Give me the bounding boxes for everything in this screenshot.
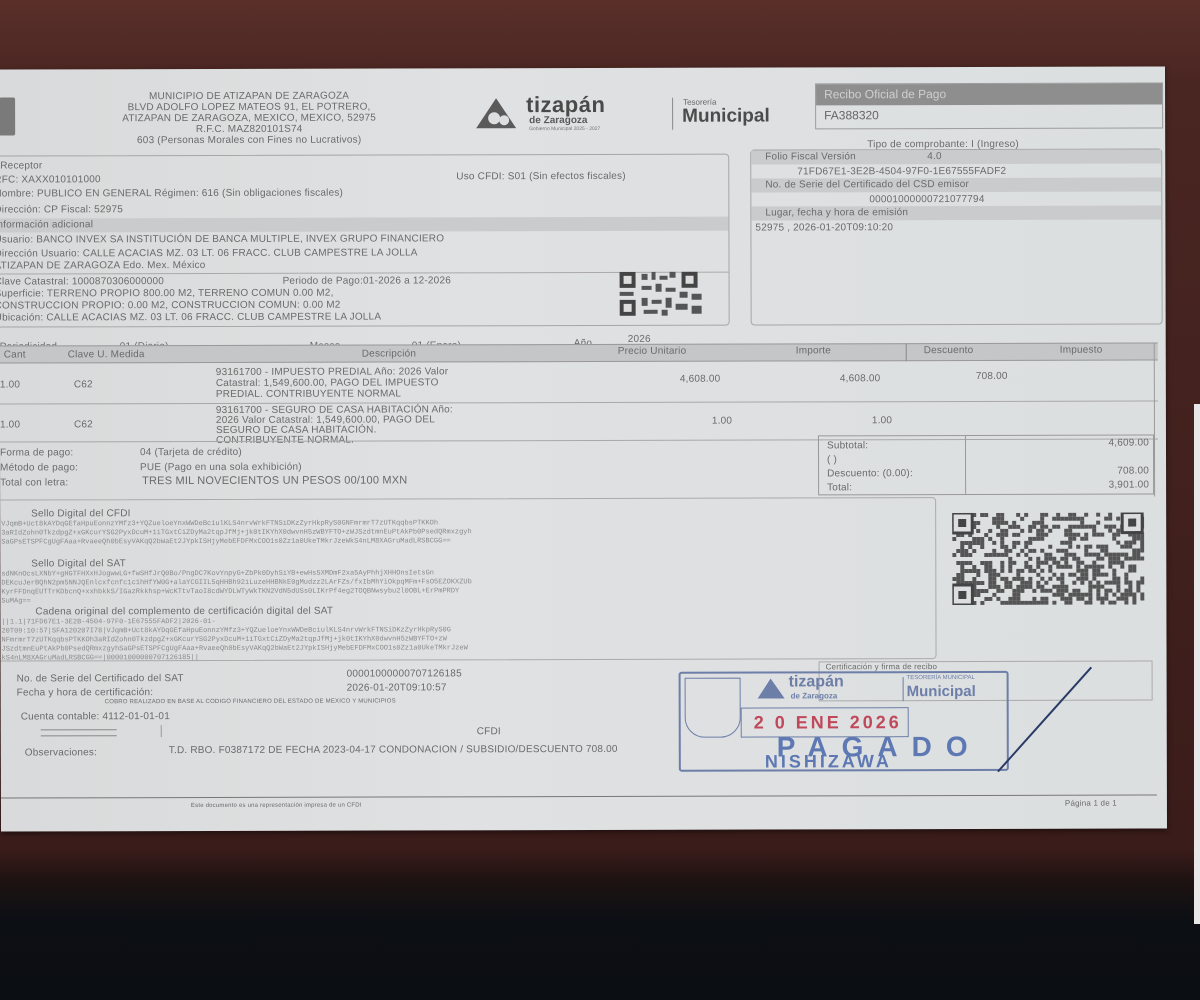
clave-catastral: Clave Catastral: 1000870306000000 xyxy=(0,276,164,287)
observaciones-label: Observaciones: xyxy=(25,747,97,758)
subtotal-value: 4,609.00 xyxy=(1108,438,1149,449)
totals-divider xyxy=(965,436,966,494)
fecha-cert-label: Fecha y hora de certificación: xyxy=(17,687,154,698)
col-clave: Clave U. Medida xyxy=(68,349,145,360)
seal-line: kS4nLM8XAGruMadLRSBCGG==|000010000007071… xyxy=(2,652,932,663)
info-adicional-label: Información adicional xyxy=(0,219,93,230)
col-cant: Cant xyxy=(4,349,26,360)
row-cant: 1.00 xyxy=(0,379,20,390)
cadena-label: Cadena original del complemento de certi… xyxy=(35,606,333,618)
digital-seals-section: Sello Digital del CFDI VJqmB+Uct8kAYDqGE… xyxy=(0,497,937,661)
receptor-label: Receptor xyxy=(0,160,42,171)
lugar-label: Lugar, fecha y hora de emisión xyxy=(765,207,908,218)
brand-sub: de Zaragoza xyxy=(529,115,587,126)
version: 4.0 xyxy=(927,151,942,162)
info-adicional-bar: Información adicional xyxy=(0,217,728,233)
subtotal-label: Subtotal: xyxy=(827,440,868,451)
stamp-brand: tizapán xyxy=(789,673,844,691)
csd-serial: 00001000000721077794 xyxy=(869,194,984,205)
adjacent-paper-edge xyxy=(1194,404,1200,924)
paid-stamp: tizapán de Zaragoza TESORERÍA MUNICIPAL … xyxy=(679,671,1009,772)
footer-divider xyxy=(1,794,1157,798)
footer-page: Página 1 de 1 xyxy=(1065,799,1117,808)
folio-fiscal-bar: Folio Fiscal Versión 4.0 xyxy=(751,149,1161,164)
receipt-folio: FA388320 xyxy=(816,104,1162,125)
construccion: CONSTRUCCION PROPIO: 0.00 M2, CONSTRUCCI… xyxy=(0,300,341,312)
receipt-title-box: Recibo Oficial de Pago FA388320 xyxy=(815,82,1163,129)
periodo-pago: Periodo de Pago:01-2026 a 12-2026 xyxy=(283,275,451,286)
folio-fiscal-label: Folio Fiscal Versión xyxy=(765,151,856,162)
rule xyxy=(41,729,117,730)
lugar-bar: Lugar, fecha y hora de emisión xyxy=(751,205,1161,220)
rule xyxy=(161,725,162,737)
row-descuento: 708.00 xyxy=(976,371,1008,382)
cert-box-label: Certificación y firma de recibo xyxy=(826,662,938,671)
qr-code-small-icon xyxy=(620,272,706,316)
csd-label: No. de Serie del Certificado del CSD emi… xyxy=(765,179,969,191)
seal-line: SaGPsETSPFCgUgFAaa+RvaeeQh0bEsyVAKqQ2bWa… xyxy=(1,536,931,547)
row-precio: 4,608.00 xyxy=(680,374,721,385)
forma-pago-value: 04 (Tarjeta de crédito) xyxy=(140,447,242,458)
total-letra-label: Total con letra: xyxy=(0,477,68,488)
fecha-cert-value: 2026-01-20T09:10:57 xyxy=(347,682,447,693)
legal-note: COBRO REALIZADO EN BASE AL CODIGO FINANC… xyxy=(105,698,396,705)
brand-tagline: Gobierno Municipal 2025 - 2027 xyxy=(529,126,600,132)
col-descripcion: Descripción xyxy=(362,348,416,359)
qr-code-sat-icon xyxy=(952,513,1144,606)
uuid: 71FD67E1-3E2B-4504-97F0-1E67555FADF2 xyxy=(797,166,1006,178)
sat-serial-label: No. de Serie del Certificado del SAT xyxy=(17,673,184,684)
cadena-text: ||1.1|71FD67E1-3E2B-4504-97F0-1E67555FAD… xyxy=(1,616,931,663)
cfdi-label: CFDI xyxy=(477,726,501,737)
row-desc-3: PREDIAL. CONTRIBUYENTE NORMAL xyxy=(216,388,401,399)
row-importe: 4,608.00 xyxy=(840,373,881,384)
items-table-header: Cant Clave U. Medida Descripción Precio … xyxy=(0,342,1158,363)
metodo-pago-value: PUE (Pago en una sola exhibición) xyxy=(140,462,302,473)
sello-cfdi-label: Sello Digital del CFDI xyxy=(31,508,130,519)
stamp-logo-icon xyxy=(757,677,787,699)
lugar-value: 52975 , 2026-01-20T09:10:20 xyxy=(755,222,893,233)
stamp-brand-sub: de Zaragoza xyxy=(791,691,838,700)
receptor-rfc: RFC: XAXX010101000 xyxy=(0,174,101,185)
receipt-title: Recibo Oficial de Pago xyxy=(816,83,1162,105)
stamp-crest-icon xyxy=(685,678,741,738)
totals-box: Subtotal: 4,609.00 ( ) Descuento: (0.00)… xyxy=(818,435,1154,496)
stamp-divider xyxy=(903,677,904,701)
descuento-value: 708.00 xyxy=(1117,466,1149,477)
stamp-right-top: TESORERÍA MUNICIPAL xyxy=(907,675,975,681)
sat-serial-value: 00001000000707126185 xyxy=(347,668,462,679)
usuario: Usuario: BANCO INVEX SA INSTITUCIÓN DE B… xyxy=(0,233,444,245)
sello-sat-text: sdNKnOcsLXNbY+gHGTFHXxHJogwwLG+fwSHfJrQ0… xyxy=(1,568,931,606)
direccion-usuario-2: ATIZAPAN DE ZARAGOZA Edo. Mex. México xyxy=(0,260,206,272)
row-cant: 1.00 xyxy=(0,419,20,430)
col-descuento: Descuento xyxy=(924,345,974,356)
issuer-header: MUNICIPIO DE ATIZAPAN DE ZARAGOZA BLVD A… xyxy=(19,90,479,146)
col-precio: Precio Unitario xyxy=(618,346,687,357)
descuento-label: Descuento: (0.00): xyxy=(827,468,913,479)
row-desc-2: Catastral: 1,549,600.00, PAGO DEL IMPUES… xyxy=(216,377,439,389)
direccion-usuario: Dirección Usuario: CALLE ACACIAS MZ. 03 … xyxy=(0,247,418,259)
blank-label: ( ) xyxy=(827,454,837,465)
forma-pago-label: Forma de pago: xyxy=(0,447,73,458)
ubicacion: Ubicación: CALLE ACACIAS MZ. 03 LT. 06 F… xyxy=(0,312,381,324)
row-precio: 1.00 xyxy=(712,416,732,427)
receipt-document: MUNICIPIO DE ATIZAPAN DE ZARAGOZA BLVD A… xyxy=(0,66,1167,831)
sello-cfdi-text: VJqmB+Uct8kAYDqGEfaHpuEonnzYMfz3+YQZuelo… xyxy=(1,518,931,547)
receptor-direccion: Dirección: CP Fiscal: 52975 xyxy=(0,204,123,215)
row-desc-1: 93161700 - IMPUESTO PREDIAL Año: 2026 Va… xyxy=(216,366,448,378)
municipal-crest-icon xyxy=(0,97,15,135)
col-divider xyxy=(906,344,907,361)
total-letra-value: TRES MIL NOVECIENTOS UN PESOS 00/100 MXN xyxy=(142,474,407,487)
observaciones-value: T.D. RBO. F0387172 DE FECHA 2023-04-17 C… xyxy=(169,744,618,756)
row-importe: 1.00 xyxy=(872,415,892,426)
issuer-regimen: 603 (Personas Morales con Fines no Lucra… xyxy=(19,134,479,146)
metodo-pago-label: Método de pago: xyxy=(0,462,78,473)
fiscal-section: Folio Fiscal Versión 4.0 71FD67E1-3E2B-4… xyxy=(750,148,1162,325)
sello-sat-label: Sello Digital del SAT xyxy=(31,558,126,569)
municipal-label: Municipal xyxy=(682,106,770,128)
atizapan-logo-icon xyxy=(474,96,522,130)
footer-disclaimer: Este documento es una representación imp… xyxy=(191,803,362,809)
row-clave: C62 xyxy=(74,419,93,430)
csd-bar: No. de Serie del Certificado del CSD emi… xyxy=(751,177,1161,192)
row-clave: C62 xyxy=(74,379,93,390)
total-value: 3,901.00 xyxy=(1109,480,1150,491)
col-importe: Importe xyxy=(796,345,831,356)
total-label: Total: xyxy=(827,482,852,493)
cuenta-contable: Cuenta contable: 4112-01-01-01 xyxy=(21,711,170,722)
col-impuesto: Impuesto xyxy=(1060,345,1103,356)
rule xyxy=(41,735,117,736)
uso-cfdi: Uso CFDI: S01 (Sin efectos fiscales) xyxy=(456,171,626,182)
receptor-nombre: Nombre: PUBLICO EN GENERAL Régimen: 616 … xyxy=(0,188,343,200)
stamp-municipal: Municipal xyxy=(907,683,976,700)
superficie: Superficie: TERRENO PROPIO 800.00 M2, TE… xyxy=(0,288,334,300)
logo-divider xyxy=(672,98,673,130)
stamp-name: NISHIZAWA xyxy=(765,751,892,772)
